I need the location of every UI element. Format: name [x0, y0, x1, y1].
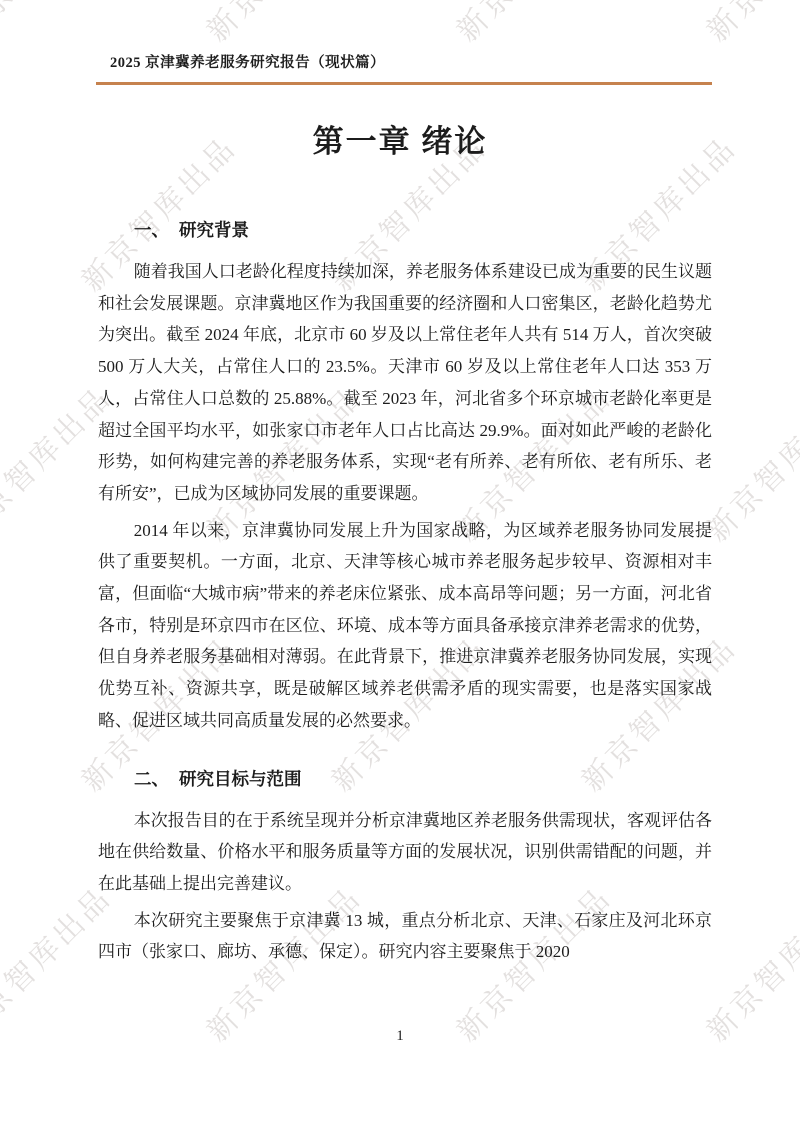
paragraph-goals-1: 本次报告目的在于系统呈现并分析京津冀地区养老服务供需现状，客观评估各地在供给数量…: [98, 805, 712, 900]
document-header: 2025 京津冀养老服务研究报告（现状篇）: [110, 51, 385, 72]
watermark-text: 新京智库出品: [0, 0, 120, 50]
paragraph-goals-2: 本次研究主要聚焦于京津冀 13 城，重点分析北京、天津、石家庄及河北环京四市（张…: [98, 905, 712, 968]
section-number: 一、: [134, 220, 169, 240]
page-number: 1: [0, 1028, 800, 1045]
watermark-text: 新京智库出品: [444, 0, 619, 50]
watermark-text: 新京智库出品: [194, 0, 369, 50]
section-title: 研究目标与范围: [179, 769, 302, 789]
document-body: 一、研究背景 随着我国人口老龄化程度持续加深，养老服务体系建设已成为重要的民生议…: [98, 205, 712, 968]
paragraph-background-2: 2014 年以来，京津冀协同发展上升为国家战略，为区域养老服务协同发展提供了重要…: [98, 515, 712, 737]
section-title: 研究背景: [179, 220, 249, 240]
section-number: 二、: [134, 769, 169, 789]
section-heading-goals-scope: 二、研究目标与范围: [98, 767, 712, 791]
paragraph-background-1: 随着我国人口老龄化程度持续加深，养老服务体系建设已成为重要的民生议题和社会发展课…: [98, 256, 712, 510]
document-page: 新京智库出品新京智库出品新京智库出品新京智库出品新京智库出品新京智库出品新京智库…: [0, 0, 800, 1132]
section-heading-research-background: 一、研究背景: [98, 218, 712, 242]
watermark-text: 新京智库出品: [694, 0, 800, 50]
header-rule: [96, 82, 712, 85]
chapter-title: 第一章 绪论: [0, 116, 800, 161]
